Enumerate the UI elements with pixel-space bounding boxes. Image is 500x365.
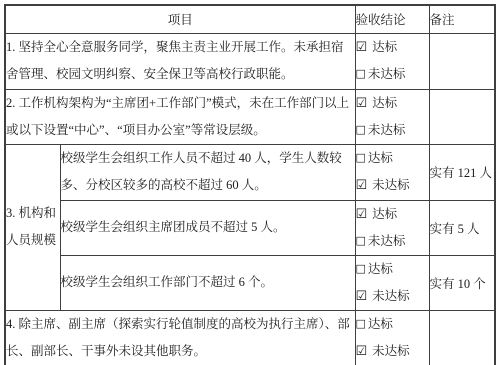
checkbox-option-label: 未达标 <box>372 178 410 192</box>
conclusion-cell-4: □达标 ☑未达标 <box>355 310 429 365</box>
acceptance-checklist-table: 项目 验收结论 备注 1. 坚持全心全意服务同学，聚焦主责主业开展工作。未承担宿… <box>4 4 496 365</box>
item-text-3-1: 校级学生会组织工作人员不超过 40 人，学生人数较多、分校区较多的高校不超过 6… <box>60 144 355 200</box>
checkbox-option-fail[interactable]: □未达标 <box>356 61 429 88</box>
table-row-2: 2. 工作机构架构为“主席团+工作部门”模式，未在工作部门以上或以下设置“中心”… <box>5 89 495 144</box>
checkbox-unchecked-icon[interactable]: □ <box>356 227 366 254</box>
checkbox-option-label: 未达标 <box>368 234 406 248</box>
checkbox-option-label: 未达标 <box>372 289 410 303</box>
checkbox-option-label: 达标 <box>372 207 397 221</box>
checkbox-option-label: 未达标 <box>368 67 406 81</box>
table-row-1: 1. 坚持全心全意服务同学，聚焦主责主业开展工作。未承担宿舍管理、校园文明纠察、… <box>5 33 495 89</box>
remark-cell-4 <box>429 310 495 365</box>
table-row-3-sub-2: 校级学生会组织主席团成员不超过 5 人。 ☑达标 □未达标 实有 5 人 <box>5 200 495 255</box>
checkbox-checked-icon[interactable]: ☑ <box>356 34 368 61</box>
checkbox-unchecked-icon[interactable]: □ <box>356 144 366 171</box>
table-row-3-sub-1: 3. 机构和 人员规模 校级学生会组织工作人员不超过 40 人，学生人数较多、分… <box>5 144 495 200</box>
remark-cell-3-3: 实有 10 个 <box>429 255 495 310</box>
checkbox-option-label: 未达标 <box>372 344 410 358</box>
remark-cell-1 <box>429 33 495 89</box>
conclusion-cell-2: ☑达标 □未达标 <box>355 89 429 144</box>
item-text-3-2: 校级学生会组织主席团成员不超过 5 人。 <box>60 200 355 255</box>
checkbox-option-fail[interactable]: □未达标 <box>356 117 429 144</box>
conclusion-cell-1: ☑达标 □未达标 <box>355 33 429 89</box>
item-text-4: 4. 除主席、副主席（探索实行轮值制度的高校为执行主席）、部长、副部长、干事外未… <box>5 310 355 365</box>
group-label-3: 3. 机构和 人员规模 <box>5 144 60 310</box>
checkbox-option-pass[interactable]: □达标 <box>356 145 429 172</box>
checkbox-option-pass[interactable]: □达标 <box>356 311 429 338</box>
checkbox-checked-icon[interactable]: ☑ <box>356 283 368 310</box>
checkbox-unchecked-icon[interactable]: □ <box>356 60 366 87</box>
remark-cell-3-2: 实有 5 人 <box>429 200 495 255</box>
checkbox-option-label: 达标 <box>368 151 393 165</box>
column-header-remark: 备注 <box>429 5 495 33</box>
item-text-3-3: 校级学生会组织工作部门不超过 6 个。 <box>60 255 355 310</box>
checkbox-option-pass[interactable]: ☑达标 <box>356 201 429 228</box>
checkbox-option-label: 未达标 <box>368 123 406 137</box>
checkbox-option-fail[interactable]: ☑未达标 <box>356 283 429 310</box>
conclusion-cell-3-2: ☑达标 □未达标 <box>355 200 429 255</box>
document-page: 项目 验收结论 备注 1. 坚持全心全意服务同学，聚焦主责主业开展工作。未承担宿… <box>0 0 500 365</box>
checkbox-checked-icon[interactable]: ☑ <box>356 172 368 199</box>
column-header-item: 项目 <box>5 5 355 33</box>
checkbox-option-fail[interactable]: ☑未达标 <box>356 338 429 365</box>
checkbox-unchecked-icon[interactable]: □ <box>356 255 366 282</box>
checkbox-checked-icon[interactable]: ☑ <box>356 338 368 365</box>
item-text-2: 2. 工作机构架构为“主席团+工作部门”模式，未在工作部门以上或以下设置“中心”… <box>5 89 355 144</box>
table-row-4: 4. 除主席、副主席（探索实行轮值制度的高校为执行主席）、部长、副部长、干事外未… <box>5 310 495 365</box>
conclusion-cell-3-3: □达标 ☑未达标 <box>355 255 429 310</box>
remark-cell-2 <box>429 89 495 144</box>
item-text-1: 1. 坚持全心全意服务同学，聚焦主责主业开展工作。未承担宿舍管理、校园文明纠察、… <box>5 33 355 89</box>
checkbox-checked-icon[interactable]: ☑ <box>356 90 368 117</box>
conclusion-cell-3-1: □达标 ☑未达标 <box>355 144 429 200</box>
table-header-row: 项目 验收结论 备注 <box>5 5 495 33</box>
checkbox-option-label: 达标 <box>372 40 397 54</box>
group-label-line: 3. 机构和 <box>6 200 60 227</box>
checkbox-option-fail[interactable]: □未达标 <box>356 228 429 255</box>
remark-cell-3-1: 实有 121 人 <box>429 144 495 200</box>
checkbox-option-pass[interactable]: ☑达标 <box>356 90 429 117</box>
checkbox-option-fail[interactable]: ☑未达标 <box>356 172 429 199</box>
checkbox-option-pass[interactable]: ☑达标 <box>356 34 429 61</box>
checkbox-checked-icon[interactable]: ☑ <box>356 201 368 228</box>
checkbox-option-label: 达标 <box>368 262 393 276</box>
group-label-line: 人员规模 <box>6 227 60 254</box>
checkbox-option-label: 达标 <box>372 96 397 110</box>
checkbox-unchecked-icon[interactable]: □ <box>356 116 366 143</box>
checkbox-unchecked-icon[interactable]: □ <box>356 310 366 337</box>
table-row-3-sub-3: 校级学生会组织工作部门不超过 6 个。 □达标 ☑未达标 实有 10 个 <box>5 255 495 310</box>
column-header-conclusion: 验收结论 <box>355 5 429 33</box>
checkbox-option-label: 达标 <box>368 317 393 331</box>
checkbox-option-pass[interactable]: □达标 <box>356 256 429 283</box>
